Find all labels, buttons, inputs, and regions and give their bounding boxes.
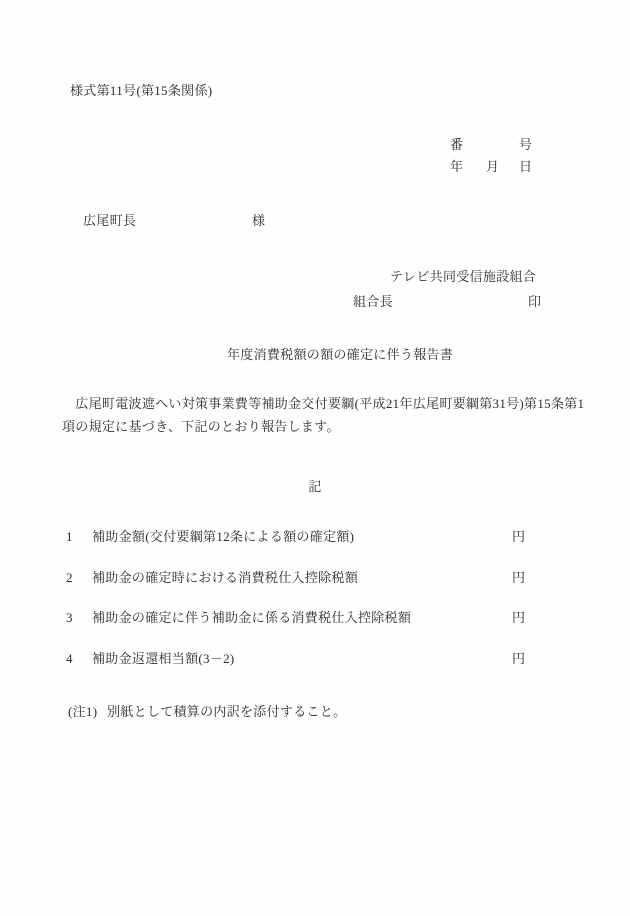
- sender-role: 組合長: [353, 295, 393, 310]
- item-1-label: 補助金額(交付要綱第12条による額の確定額): [92, 530, 354, 545]
- date-month-label: 月: [486, 160, 499, 175]
- body-paragraph-line-1: 広尾町電波遮へい対策事業費等補助金交付要綱(平成21年広尾町要綱第31号)第15…: [62, 397, 584, 412]
- footnote-label: (注1): [68, 705, 97, 720]
- item-3-number: 3: [66, 611, 73, 626]
- item-2-label: 補助金の確定時における消費税仕入控除税額: [92, 571, 358, 586]
- item-3-label: 補助金の確定に伴う補助金に係る消費税仕入控除税額: [92, 611, 411, 626]
- addressee-name: 広尾町長: [83, 214, 136, 229]
- body-paragraph-line-2: 項の規定に基づき、下記のとおり報告します。: [62, 420, 340, 435]
- item-2-number: 2: [66, 571, 73, 586]
- addressee-honorific: 様: [252, 214, 265, 229]
- item-4-unit: 円: [512, 652, 525, 667]
- sender-organization: テレビ共同受信施設組合: [390, 270, 536, 285]
- doc-number-unit: 号: [519, 138, 532, 153]
- seal-mark: 印: [528, 295, 541, 310]
- item-2-unit: 円: [512, 571, 525, 586]
- item-4-label: 補助金返還相当額(3－2): [92, 652, 235, 667]
- ki-marker: 記: [0, 480, 630, 495]
- doc-number-label: 番: [450, 138, 463, 153]
- form-number: 様式第11号(第15条関係): [70, 84, 212, 99]
- footnote-text: 別紙として積算の内訳を添付すること。: [107, 705, 346, 720]
- report-form-page: 様式第11号(第15条関係) 番 号 年 月 日 広尾町長 様 テレビ共同受信施…: [0, 0, 630, 916]
- page-title: 年度消費税額の額の確定に伴う報告書: [227, 348, 453, 363]
- date-day-label: 日: [519, 160, 532, 175]
- item-1-number: 1: [66, 530, 73, 545]
- item-4-number: 4: [66, 652, 73, 667]
- item-3-unit: 円: [512, 611, 525, 626]
- date-year-label: 年: [450, 160, 463, 175]
- item-1-unit: 円: [512, 530, 525, 545]
